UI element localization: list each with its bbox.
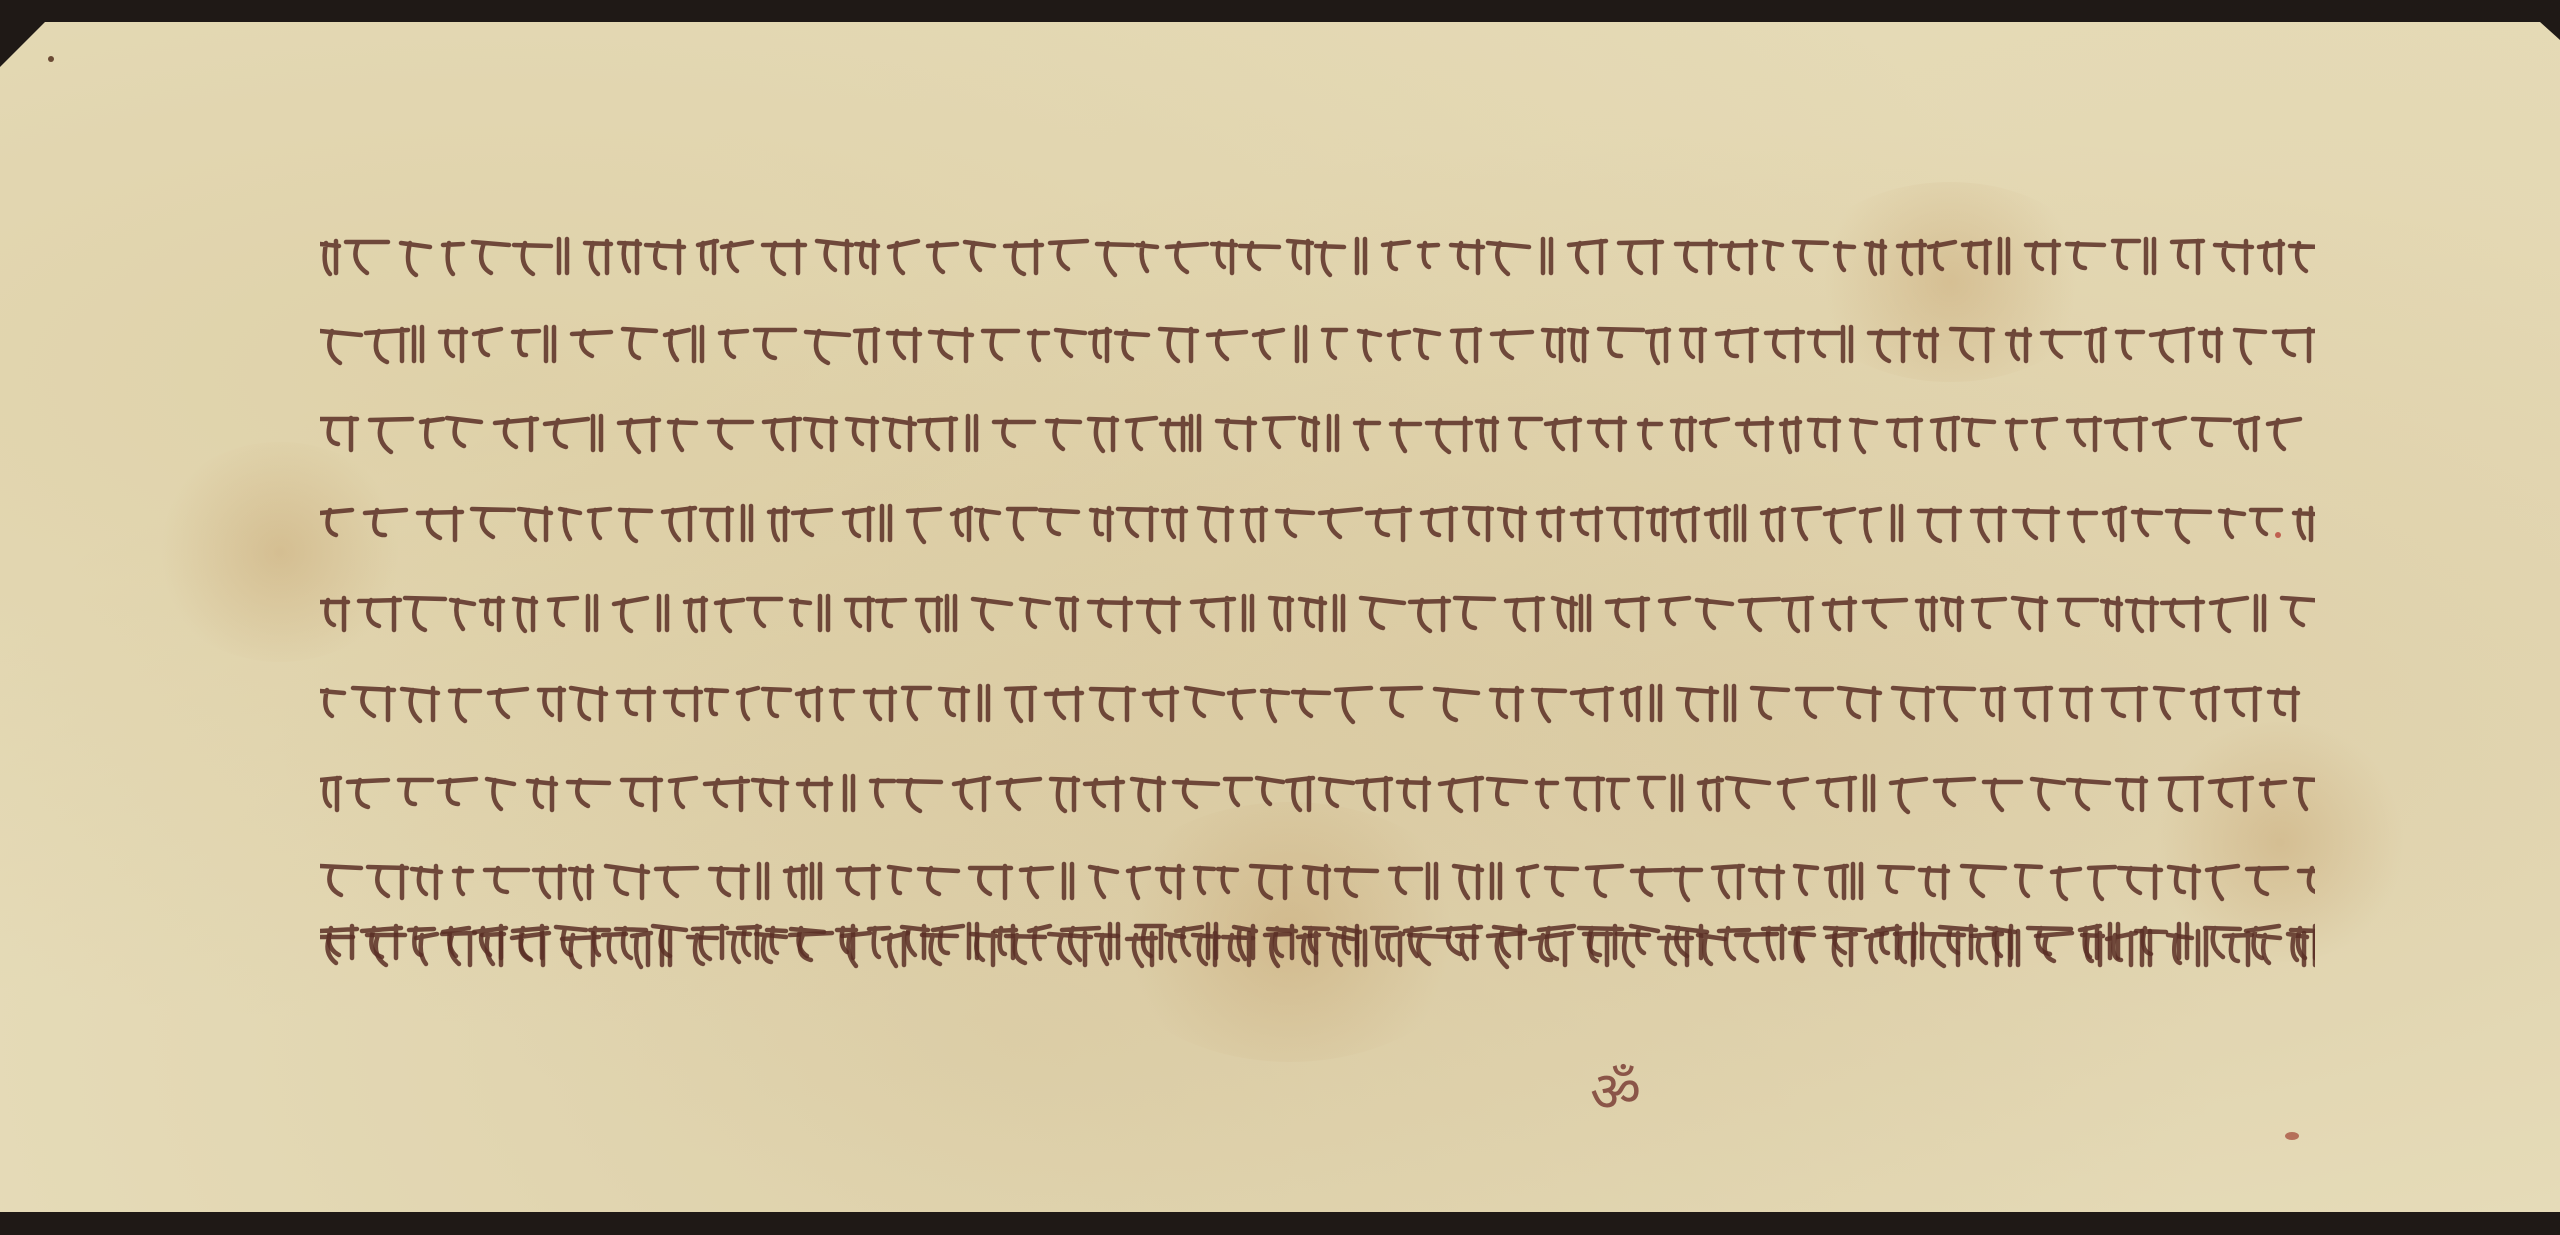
manuscript-page: ॐ [0,22,2560,1214]
script-line [320,500,2315,546]
script-line [320,233,2315,279]
script-line [320,321,2315,367]
script-line [320,410,2315,456]
script-line [320,925,2315,971]
script-line [320,858,2315,904]
paper-fleck [2285,1132,2299,1140]
script-line [320,770,2315,816]
script-line [320,590,2315,636]
paper-fleck [48,56,54,62]
script-line [320,680,2315,726]
om-symbol: ॐ [1590,1052,1641,1128]
